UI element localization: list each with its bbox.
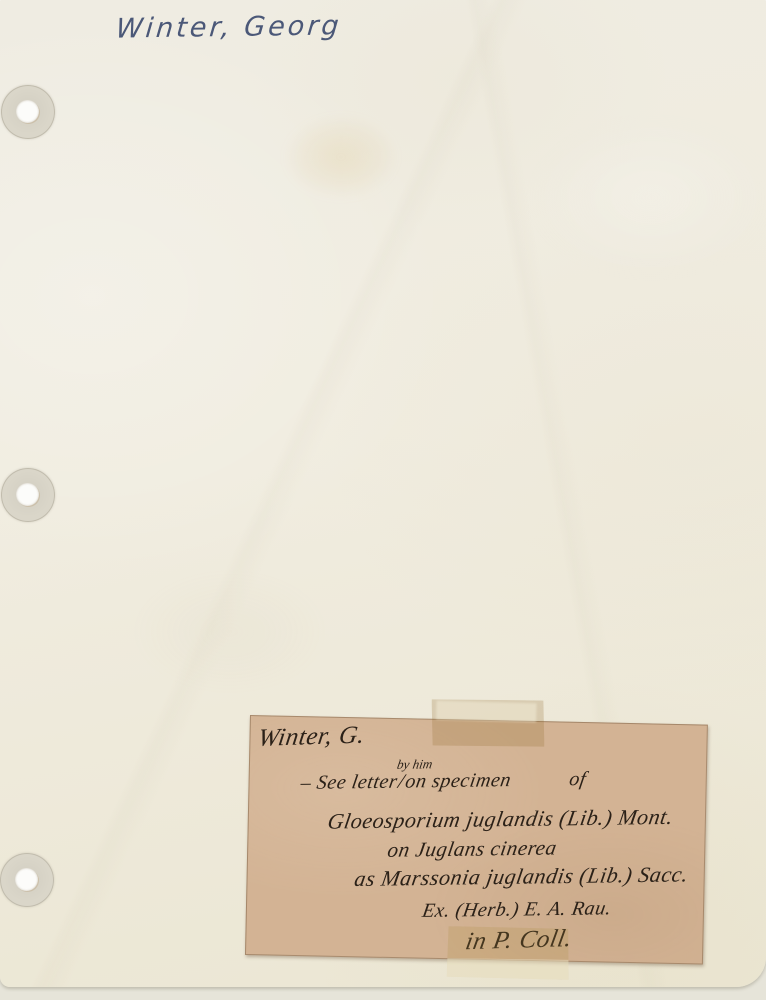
- punch-hole-middle: [1, 468, 55, 522]
- paper-stain: [266, 102, 416, 212]
- card-line-see-letter-suffix: on specimen: [404, 769, 513, 792]
- inserted-words: by him: [396, 756, 434, 772]
- paper-sheet: Winter, Georg Winter, G. – See letterby …: [0, 0, 766, 987]
- scanned-document-page: Winter, Georg Winter, G. – See letterby …: [0, 0, 766, 1000]
- tape-piece-bottom: [447, 926, 570, 980]
- punch-hole-top: [1, 85, 55, 139]
- card-line-marssonia: as Marssonia juglandis (Lib.) Sacc.: [353, 861, 691, 891]
- spacer: [510, 785, 568, 786]
- card-line-see-letter: – See letterby him/on specimenof: [299, 768, 588, 795]
- card-line-gloeosporium: Gloeosporium juglandis (Lib.) Mont.: [326, 804, 676, 835]
- card-line-name: Winter, G.: [256, 722, 367, 753]
- punch-hole-bottom: [0, 853, 54, 907]
- handwritten-heading: Winter, Georg: [115, 10, 343, 44]
- punch-hole-center: [16, 100, 39, 123]
- tape-piece-top: [430, 697, 545, 748]
- card-line-host-plant: on Juglans cinerea: [386, 836, 559, 863]
- punch-hole-center: [16, 483, 39, 506]
- card-line-see-letter-prefix: – See letter: [299, 771, 399, 794]
- card-line-ex-herb: Ex. (Herb.) E. A. Rau.: [421, 897, 614, 923]
- punch-hole-center: [15, 868, 38, 891]
- card-line-see-letter-of: of: [568, 768, 588, 790]
